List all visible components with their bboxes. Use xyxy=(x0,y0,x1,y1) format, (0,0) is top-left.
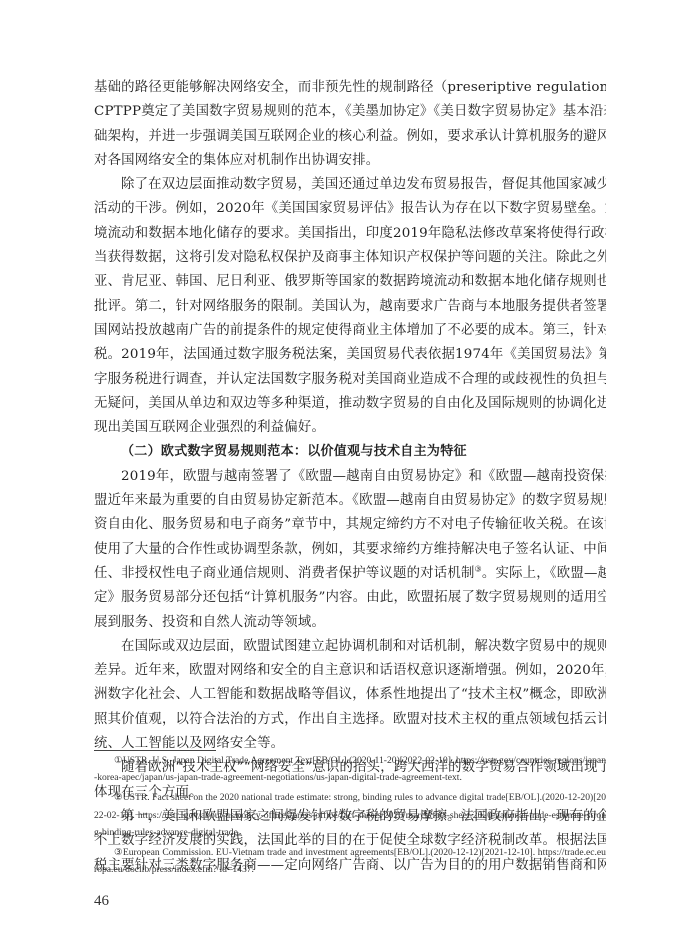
text-line: 字服务税进行调查，并认定法国数字服务税对美国商业造成不合理的或歧视性的负担与限制… xyxy=(94,368,606,392)
text-line: 现出美国互联网企业强烈的利益偏好。 xyxy=(94,416,606,440)
text-line: 照其价值观，以符合法治的方式，作出自主选择。欧盟对技术主权的重点领域包括云计算、… xyxy=(94,708,606,732)
paragraph-start: 除了在双边层面推动数字贸易，美国还通过单边发布贸易报告，督促其他国家减少对数字贸… xyxy=(94,173,606,197)
page-number: 46 xyxy=(94,893,109,910)
text-line: 无疑问，美国从单边和双边等多种渠道，推动数字贸易的自由化及国际规则的协调化进程，… xyxy=(94,392,606,416)
paragraph-start: 在国际或双边层面，欧盟试图建立起协调机制和对话机制，解决数字贸易中的规则分歧与规… xyxy=(94,635,606,659)
footnotes: ①USTR. U.S.-Japan Digital Trade Agreemen… xyxy=(94,752,606,881)
section-heading: （二）欧式数字贸易规则范本：以价值观与技术自主为特征 xyxy=(94,440,606,464)
text-line: 任、非授权性电子商业通信规则、消费者保护等议题的对话机制③。实际上，《欧盟—越南… xyxy=(94,562,606,586)
text-line: 税。2019年，法国通过数字服务税法案，美国贸易代表依据1974年《美国贸易法》… xyxy=(94,343,606,367)
text-line: 当获得数据，这将引发对隐私权保护及商事主体知识产权保护等问题的关注。除此之外，印… xyxy=(94,246,606,270)
footnote-marker: ② xyxy=(94,792,123,803)
text-line: 定》服务贸易部分还包括“计算机服务”内容。由此，欧盟拓展了数字贸易规则的适用空间… xyxy=(94,586,606,610)
text-line: 洲数字化社会、人工智能和数据战略等倡议，体系性地提出了“技术主权”概念，即欧洲必… xyxy=(94,683,606,707)
text-line: 资自由化、服务贸易和电子商务”章节中，其规定缔约方不对电子传输征收关税。在该协定… xyxy=(94,513,606,537)
footnote-marker: ① xyxy=(94,755,123,766)
text-line: 境流动和数据本地化储存的要求。美国指出，印度2019年隐私法修改草案将使得行政机… xyxy=(94,222,606,246)
footnote-text: European Commission. EU-Vietnam trade an… xyxy=(94,847,606,875)
text-line: 国网站投放越南广告的前提条件的规定使得商业主体增加了不必要的成本。第三，针对数字… xyxy=(94,319,606,343)
footnote-2: ②USTR. Fact sheet on the 2020 national t… xyxy=(94,789,606,841)
text-line: 使用了大量的合作性或协调型条款，例如，其要求缔约方维持解决电子签名认证、中间服务… xyxy=(94,538,606,562)
footnote-1: ①USTR. U.S.-Japan Digital Trade Agreemen… xyxy=(94,752,606,786)
text-line: 亚、肯尼亚、韩国、尼日利亚、俄罗斯等国家的数据跨境流动和数据本地化储存规则也被美… xyxy=(94,270,606,294)
text-line: 对各国网络安全的集体应对机制作出协调安排。 xyxy=(94,149,606,173)
text-line: 差异。近年来，欧盟对网络和安全的自主意识和话语权意识逐渐增强。例如，2020年，… xyxy=(94,659,606,683)
paragraph-start: 2019年，欧盟与越南签署了《欧盟—越南自由贸易协定》和《欧盟—越南投资保护协定… xyxy=(94,465,606,489)
text-line: 展到服务、投资和自然人流动等领域。 xyxy=(94,611,606,635)
text-line: 盟近年来最为重要的自由贸易协定新范本。《欧盟—越南自由贸易协定》的数字贸易规则制… xyxy=(94,489,606,513)
footnote-3: ③European Commission. EU-Vietnam trade a… xyxy=(94,844,606,878)
text-line: 批评。第二，针对网络服务的限制。美国认为，越南要求广告商与本地服务提供者签署合同… xyxy=(94,295,606,319)
footnote-text: USTR. U.S.-Japan Digital Trade Agreement… xyxy=(94,755,606,783)
text-line: 活动的干涉。例如，2020年《美国国家贸易评估》报告认为存在以下数字贸易壁垒。第… xyxy=(94,197,606,221)
footnote-text: USTR. Fact sheet on the 2020 national tr… xyxy=(94,792,606,837)
footnote-ref-3[interactable]: ③ xyxy=(475,564,482,573)
footnote-marker: ③ xyxy=(94,847,123,858)
text-line: 基础的路径更能够解决网络安全，而非预先性的规制路径（preseriptive r… xyxy=(94,76,606,100)
footnote-divider xyxy=(94,750,216,751)
text-line: 础架构，并进一步强调美国互联网企业的核心利益。例如，要求承认计算机服务的避风港原… xyxy=(94,125,606,149)
text-line: CPTPP奠定了美国数字贸易规则的范本，《美墨加协定》《美日数字贸易协定》基本沿… xyxy=(94,100,606,124)
